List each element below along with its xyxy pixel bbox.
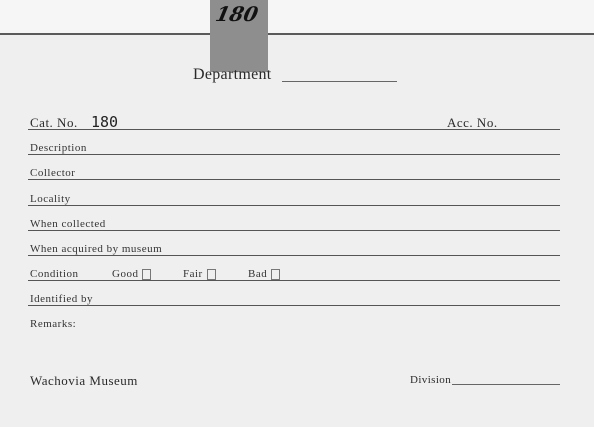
identified-by-label: Identified by <box>30 293 93 305</box>
condition-label: Condition <box>30 268 79 280</box>
catalog-card <box>0 35 594 427</box>
locality-field[interactable] <box>28 205 560 206</box>
when-acquired-field[interactable] <box>28 255 560 256</box>
when-collected-label: When collected <box>30 218 106 230</box>
condition-field[interactable] <box>28 280 560 281</box>
collector-field[interactable] <box>28 179 560 180</box>
good-checkbox[interactable] <box>142 269 151 280</box>
locality-label: Locality <box>30 193 71 205</box>
acc-no-field[interactable] <box>443 129 560 130</box>
description-label: Description <box>30 142 87 154</box>
remarks-label: Remarks: <box>30 318 76 330</box>
museum-name: Wachovia Museum <box>30 373 138 389</box>
condition-fair-label: Fair <box>183 268 203 280</box>
bad-checkbox[interactable] <box>271 269 280 280</box>
card-top-strip <box>0 0 594 35</box>
collector-label: Collector <box>30 167 75 179</box>
description-field[interactable] <box>28 154 560 155</box>
identified-by-field[interactable] <box>28 305 560 306</box>
condition-bad-label: Bad <box>248 268 267 280</box>
condition-bad[interactable]: Bad <box>248 268 280 280</box>
cat-no-field[interactable] <box>28 129 443 130</box>
division-label: Division <box>410 374 451 386</box>
condition-fair[interactable]: Fair <box>183 268 216 280</box>
division-field[interactable] <box>452 384 560 385</box>
condition-good[interactable]: Good <box>112 268 151 280</box>
department-field[interactable] <box>282 81 397 82</box>
condition-good-label: Good <box>112 268 138 280</box>
when-collected-field[interactable] <box>28 230 560 231</box>
fair-checkbox[interactable] <box>207 269 216 280</box>
when-acquired-label: When acquired by museum <box>30 243 162 255</box>
tab-number: 180 <box>213 2 260 26</box>
department-label: Department <box>193 66 272 84</box>
